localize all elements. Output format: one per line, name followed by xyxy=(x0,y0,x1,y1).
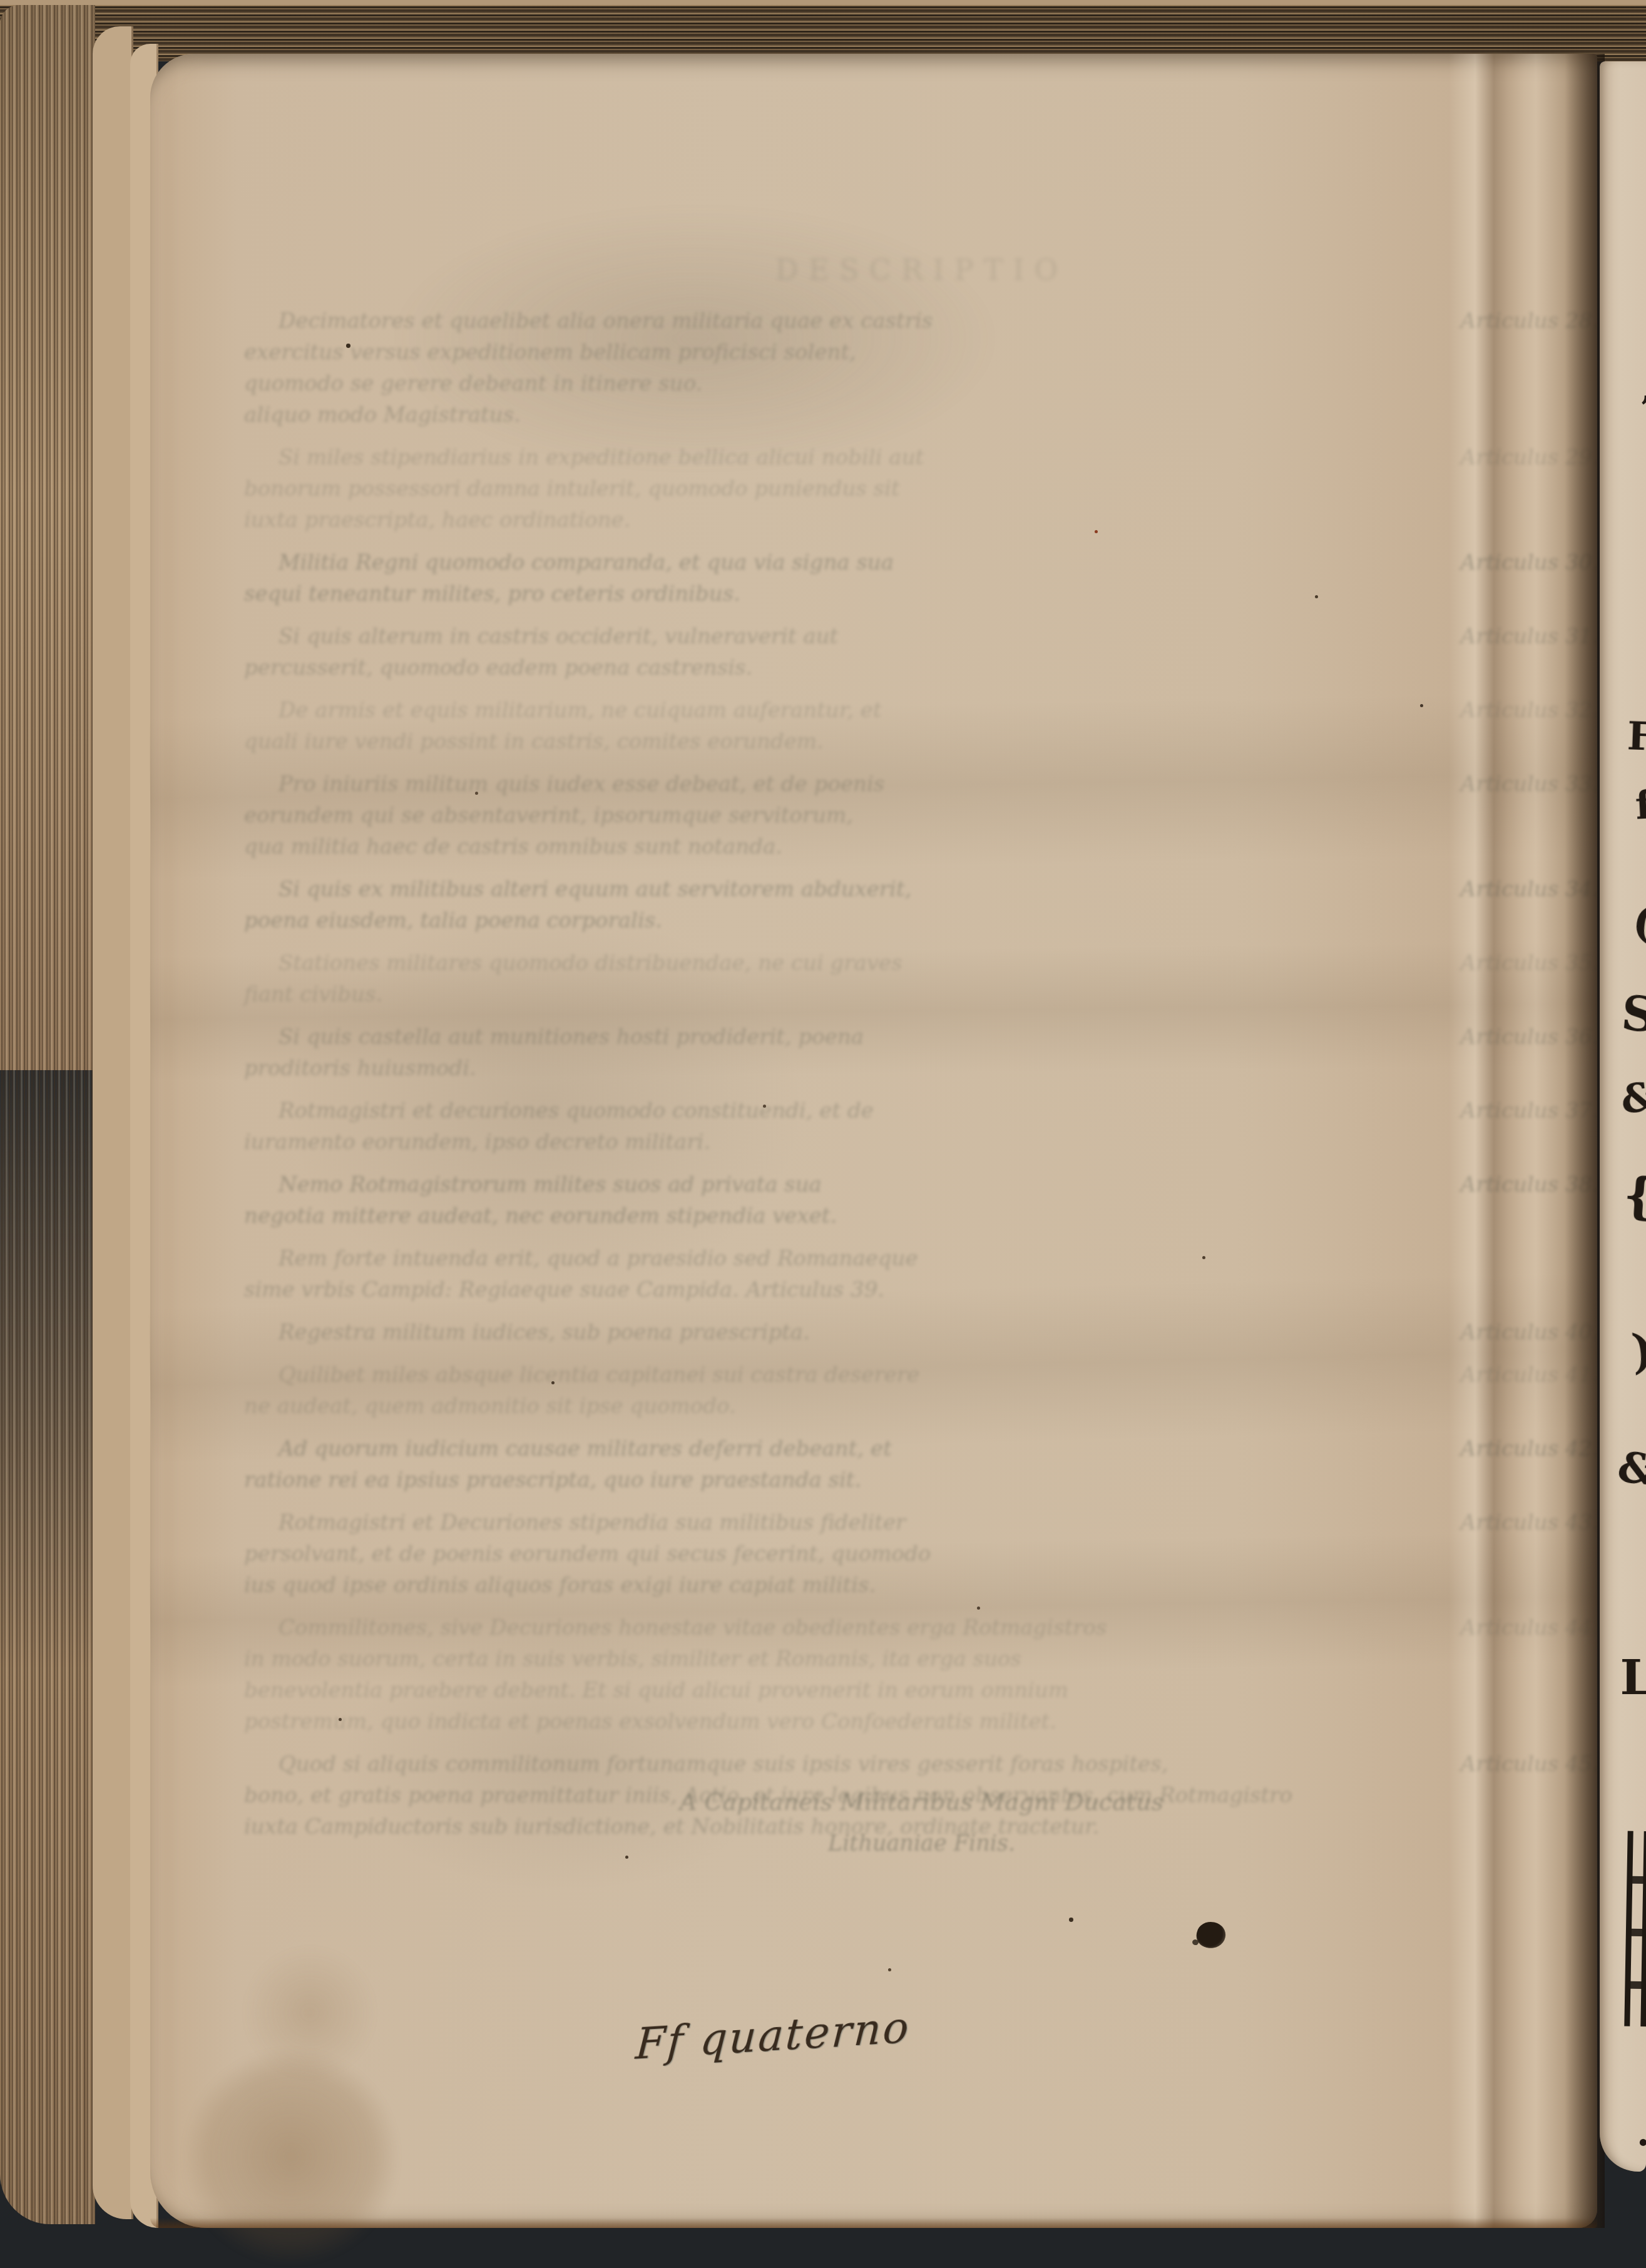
ghost-line: Quilibet miles absque licentia capitanei… xyxy=(244,1359,1599,1391)
ghost-paragraph: Stationes militares quomodo distribuenda… xyxy=(244,948,1599,1010)
ghost-closing-line: A Capitaneis Militaribus Magni Ducatus xyxy=(244,1779,1599,1825)
handwritten-inscription: Ff quaterno xyxy=(634,1993,1087,2070)
ghost-paragraph: Si miles stipendiarius in expeditione be… xyxy=(244,442,1599,536)
gutter-shadow xyxy=(1565,54,1605,2228)
ghost-line: poena eiusdem, talia poena corporalis. xyxy=(244,905,1599,936)
ghost-line: iuxta praescripta, haec ordinatione. xyxy=(244,504,1599,536)
ghost-line: Rotmagistri et Decuriones stipendia sua … xyxy=(244,1507,1599,1538)
facing-page-print-fragment: , xyxy=(1642,377,1646,405)
ghost-paragraph: Quilibet miles absque licentia capitanei… xyxy=(244,1359,1599,1422)
ghost-line: quomodo se gerere debeant in itinere suo… xyxy=(244,368,1599,399)
ghost-line: Ad quorum iudicium causae militares defe… xyxy=(244,1433,1599,1464)
ghost-line: ius quod ipse ordinis aliquos foras exig… xyxy=(244,1570,1599,1601)
bottom-left-stain xyxy=(185,2050,397,2263)
ghost-line: eorundem qui se absentaverint, ipsorumqu… xyxy=(244,800,1599,831)
ghost-line: Commilitones, sive Decuriones honestae v… xyxy=(244,1612,1599,1643)
ghost-line: Rem forte intuenda erit, quod a praesidi… xyxy=(244,1243,1599,1274)
ghost-paragraph: Pro iniuriis militum quis iudex esse deb… xyxy=(244,769,1599,862)
facing-page-sliver: ,Ff(S&{)&L. xyxy=(1600,61,1646,2172)
ghost-paragraph: Si quis ex militibus alteri equum aut se… xyxy=(244,874,1599,936)
ghost-line: quali iure vendi possint in castris, com… xyxy=(244,726,1599,757)
ghost-line: Stationes militares quomodo distribuenda… xyxy=(244,948,1599,979)
bottom-left-stain xyxy=(244,1944,376,2082)
ghost-paragraph: Commilitones, sive Decuriones honestae v… xyxy=(244,1612,1599,1737)
ghost-line: negotia mittere audeat, nec eorundem sti… xyxy=(244,1200,1599,1232)
book-scan: DESCRIPTIO Decimatores et quaelibet alia… xyxy=(0,0,1646,2268)
left-page-edges xyxy=(0,5,95,2224)
ghost-line: percusserit, quomodo eadem poena castren… xyxy=(244,652,1599,683)
facing-page-border-ornament xyxy=(1624,1831,1646,2027)
ghost-line: in modo suorum, certa in suis verbis, si… xyxy=(244,1643,1599,1675)
ghost-line: fiant civibus. xyxy=(244,979,1599,1010)
ghost-paragraph: Rem forte intuenda erit, quod a praesidi… xyxy=(244,1243,1599,1305)
ghost-line: Si quis ex militibus alteri equum aut se… xyxy=(244,874,1599,905)
ghost-paragraph: Rotmagistri et decuriones quomodo consti… xyxy=(244,1095,1599,1158)
facing-page-print-fragment: f xyxy=(1635,785,1646,825)
facing-page-print-fragment: S xyxy=(1620,989,1646,1039)
underlying-page-edge xyxy=(93,26,133,2219)
ghost-line: sequi teneantur milites, pro ceteris ord… xyxy=(244,578,1599,610)
ghost-paragraph: Ad quorum iudicium causae militares defe… xyxy=(244,1433,1599,1496)
ghost-paragraph: Militia Regni quomodo comparanda, et qua… xyxy=(244,547,1599,610)
ghost-paragraph: Nemo Rotmagistrorum milites suos ad priv… xyxy=(244,1169,1599,1232)
facing-page-print-fragment: F xyxy=(1627,717,1646,756)
ghost-paragraph: Si quis alterum in castris occiderit, vu… xyxy=(244,621,1599,683)
ghost-line: ne audeat, quem admonitio sit ipse quomo… xyxy=(244,1391,1599,1422)
ghost-paragraph: Regestra militum iudices, sub poena prae… xyxy=(244,1317,1599,1348)
ghost-line: proditoris huiusmodi. xyxy=(244,1053,1599,1084)
ghost-line: Nemo Rotmagistrorum milites suos ad priv… xyxy=(244,1169,1599,1200)
ghost-line: Quod si aliquis commilitonum fortunamque… xyxy=(244,1749,1599,1780)
ghost-closing-line: Lithuaniae Finis. xyxy=(244,1825,1599,1862)
ghost-line: iuramento eorundem, ipso decreto militar… xyxy=(244,1126,1599,1158)
ghost-line: qua militia haec de castris omnibus sunt… xyxy=(244,831,1599,862)
ghost-paragraph: De armis et equis militarium, ne cuiquam… xyxy=(244,695,1599,757)
ghost-closing-lines: A Capitaneis Militaribus Magni Ducatus L… xyxy=(244,1779,1599,1862)
paper-specks xyxy=(150,54,152,56)
facing-page-print-fragment: & xyxy=(1615,1446,1646,1493)
ghost-line: Pro iniuriis militum quis iudex esse deb… xyxy=(244,769,1599,800)
ghost-line: persolvant, et de poenis eorundem qui se… xyxy=(244,1538,1599,1570)
ghost-line: Decimatores et quaelibet alia onera mili… xyxy=(244,305,1599,337)
facing-page-print-fragment: { xyxy=(1622,1171,1646,1222)
ghost-line: exercitus versus expeditionem bellicam p… xyxy=(244,337,1599,368)
ghost-paragraph: Si quis castella aut munitiones hosti pr… xyxy=(244,1021,1599,1084)
facing-page-print-fragment: . xyxy=(1637,2114,1646,2152)
ghost-line: aliquo modo Magistratus. xyxy=(244,399,1599,431)
ghost-paragraph: Decimatores et quaelibet alia onera mili… xyxy=(244,305,1599,431)
ink-blot xyxy=(1194,1919,1228,1951)
ghost-line: Si quis alterum in castris occiderit, vu… xyxy=(244,621,1599,652)
ghost-line: Si miles stipendiarius in expeditione be… xyxy=(244,442,1599,473)
facing-page-print-fragment: & xyxy=(1619,1076,1646,1120)
book-page: DESCRIPTIO Decimatores et quaelibet alia… xyxy=(150,54,1597,2228)
ghost-heading: DESCRIPTIO xyxy=(244,253,1599,287)
ghost-line: Si quis castella aut munitiones hosti pr… xyxy=(244,1021,1599,1053)
ghost-line: ratione rei ea ipsius praescripta, quo i… xyxy=(244,1464,1599,1496)
facing-page-print-fragment: L xyxy=(1620,1654,1646,1702)
ghost-line: bonorum possessori damna intulerit, quom… xyxy=(244,473,1599,504)
ghost-line: Rotmagistri et decuriones quomodo consti… xyxy=(244,1095,1599,1126)
ghost-paragraph: Rotmagistri et Decuriones stipendia sua … xyxy=(244,1507,1599,1601)
ghost-text-block: DESCRIPTIO Decimatores et quaelibet alia… xyxy=(244,253,1599,1854)
ghost-line: De armis et equis militarium, ne cuiquam… xyxy=(244,695,1599,726)
ghost-line: postremum, quo indicta et poenas exsolve… xyxy=(244,1706,1599,1737)
top-page-edges xyxy=(0,5,1646,61)
ghost-line: benevolentia praebere debent. Et si quid… xyxy=(244,1675,1599,1706)
ghost-line: Militia Regni quomodo comparanda, et qua… xyxy=(244,547,1599,578)
facing-page-print-fragment: ) xyxy=(1630,1328,1646,1376)
facing-page-print-fragment: ( xyxy=(1630,899,1646,945)
ghost-line: Regestra militum iudices, sub poena prae… xyxy=(244,1317,1599,1348)
ghost-line: sime vrbis Campid: Regiaeque suae Campid… xyxy=(244,1274,1599,1305)
